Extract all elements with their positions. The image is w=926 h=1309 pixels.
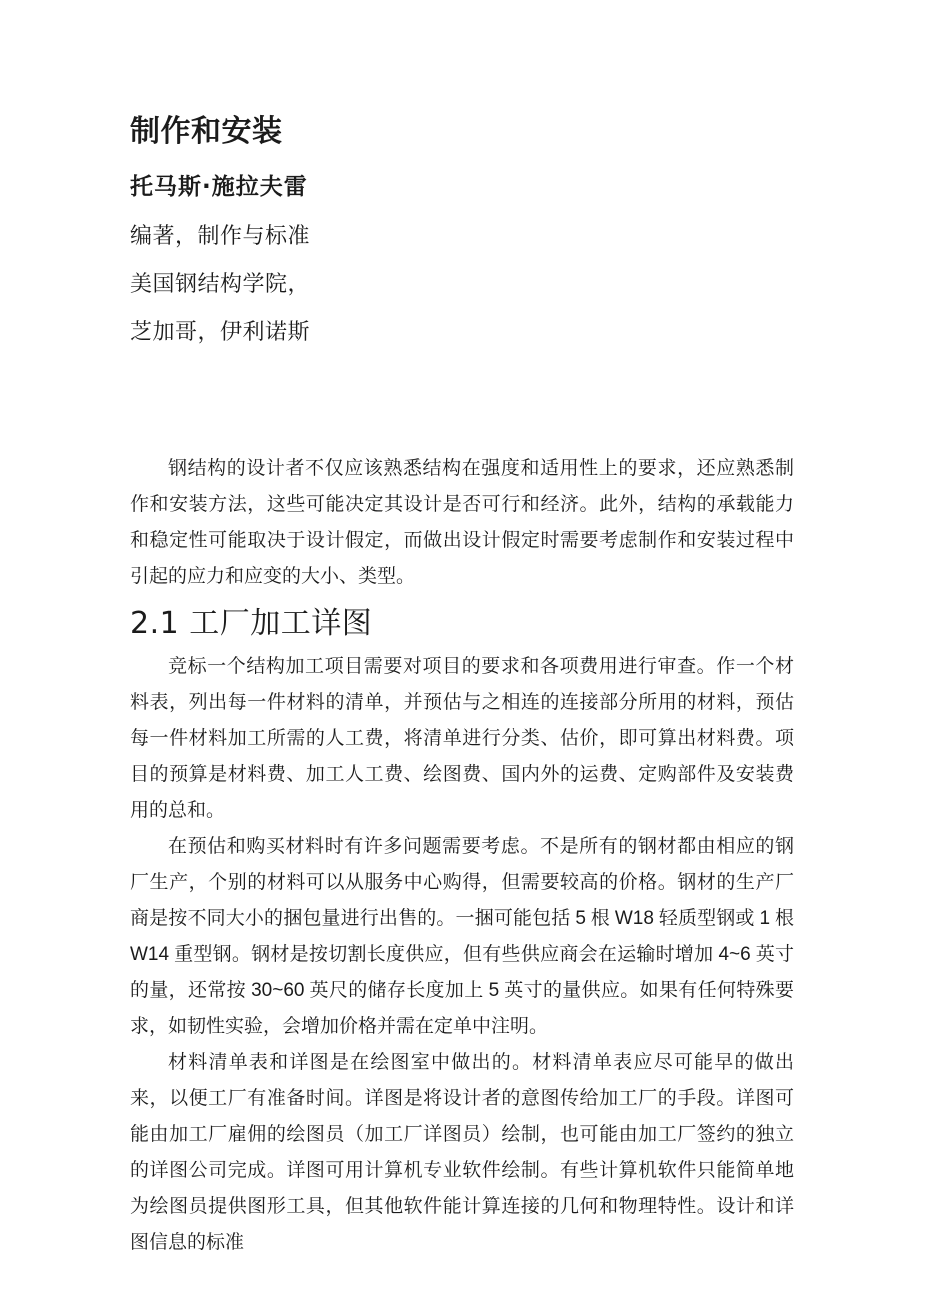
byline-institution: 美国钢结构学院，	[130, 269, 794, 299]
latin-text: 5	[575, 908, 586, 929]
document-title: 制作和安装	[130, 112, 794, 152]
latin-text: 1	[759, 908, 770, 929]
body-paragraph-detail-drawings: 材料清单表和详图是在绘图室中做出的。材料清单表应尽可能早的做出来，以便工厂有准备…	[130, 1045, 794, 1261]
author-line: 托马斯·施拉夫雷	[130, 171, 794, 203]
byline-role: 编著，制作与标准	[130, 221, 794, 251]
document-page: 制作和安装 托马斯·施拉夫雷 编著，制作与标准 美国钢结构学院， 芝加哥，伊利诺…	[0, 0, 926, 1309]
latin-text: 5	[489, 980, 500, 1001]
intro-paragraph: 钢结构的设计者不仅应该熟悉结构在强度和适用性上的要求，还应熟悉制作和安装方法，这…	[130, 451, 794, 595]
latin-text: 30~60	[251, 980, 304, 1001]
byline-location: 芝加哥，伊利诺斯	[130, 317, 794, 347]
body-paragraph-materials: 在预估和购买材料时有许多问题需要考虑。不是所有的钢材都由相应的钢厂生产，个别的材…	[130, 829, 794, 1045]
latin-text: 4~6	[718, 944, 750, 965]
body-paragraph-bidding: 竞标一个结构加工项目需要对项目的要求和各项费用进行审查。作一个材料表，列出每一件…	[130, 649, 794, 829]
latin-text: W14	[130, 944, 169, 965]
latin-text: W18	[615, 908, 654, 929]
section-heading: 2.1 工厂加工详图	[130, 603, 794, 645]
